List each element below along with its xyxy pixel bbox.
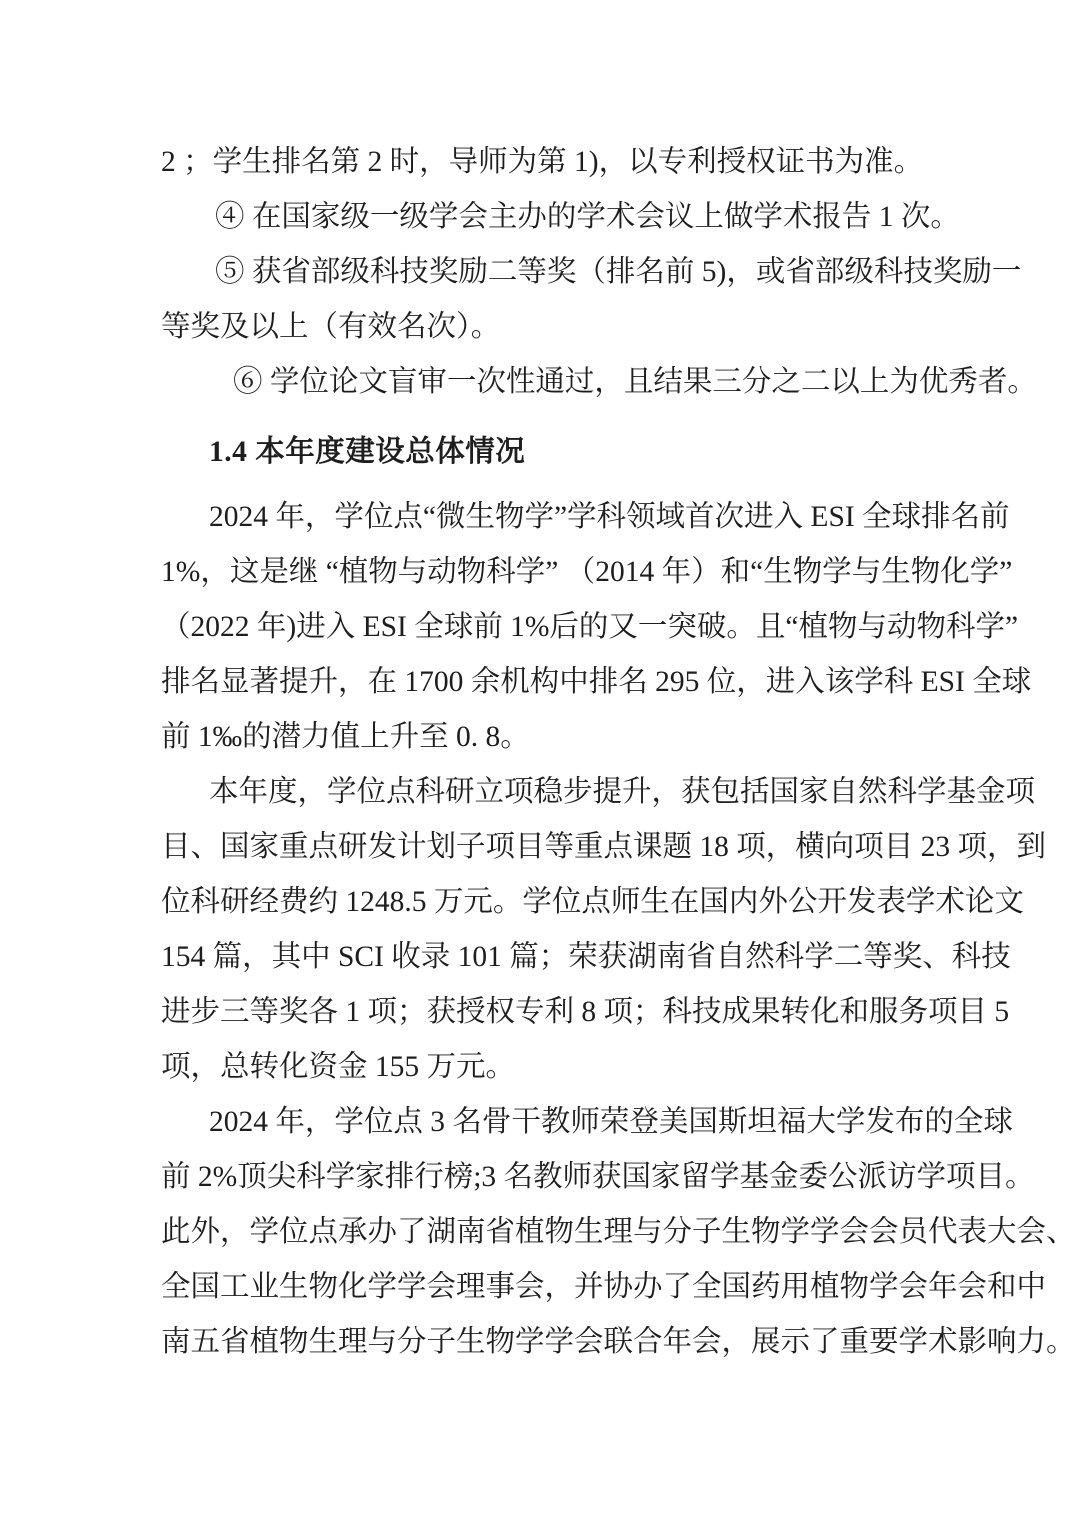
text-line: ⑥ 学位论文盲审一次性通过，且结果三分之二以上为优秀者。 <box>161 355 935 410</box>
text-line: （2022 年)进入 ESI 全球前 1%后的又一突破。且“植物与动物科学” <box>161 600 935 655</box>
section-heading: 1.4 本年度建设总体情况 <box>161 425 935 480</box>
text-line: ④ 在国家级一级学会主办的学术会议上做学术报告 1 次。 <box>161 190 935 245</box>
text-line: 本年度，学位点科研立项稳步提升，获包括国家自然科学基金项 <box>161 765 935 820</box>
text-line: 全国工业生物化学学会理事会，并协办了全国药用植物学会年会和中 <box>161 1260 935 1315</box>
text-line: 南五省植物生理与分子生物学学会联合年会，展示了重要学术影响力。 <box>161 1315 935 1370</box>
text-line: 目、国家重点研发计划子项目等重点课题 18 项，横向项目 23 项，到 <box>161 820 935 875</box>
text-line: 进步三等奖各 1 项；获授权专利 8 项；科技成果转化和服务项目 5 <box>161 985 935 1040</box>
text-line: 项，总转化资金 155 万元。 <box>161 1040 935 1095</box>
text-line: 1%，这是继 “植物与动物科学” （2014 年）和“生物学与生物化学” <box>161 545 935 600</box>
text-line: 前 2%顶尖科学家排行榜;3 名教师获国家留学基金委公派访学项目。 <box>161 1150 935 1205</box>
text-line: 位科研经费约 1248.5 万元。学位点师生在国内外公开发表学术论文 <box>161 875 935 930</box>
text-line: 排名显著提升，在 1700 余机构中排名 295 位，进入该学科 ESI 全球 <box>161 655 935 710</box>
text-line: 154 篇，其中 SCI 收录 101 篇；荣获湖南省自然科学二等奖、科技 <box>161 930 935 985</box>
text-line: 2024 年，学位点 3 名骨干教师荣登美国斯坦福大学发布的全球 <box>161 1095 935 1150</box>
text-line: 2 ；学生排名第 2 时，导师为第 1)，以专利授权证书为准。 <box>161 135 935 190</box>
text-line: ⑤ 获省部级科技奖励二等奖（排名前 5)，或省部级科技奖励一 <box>161 245 935 300</box>
text-line: 2024 年，学位点“微生物学”学科领域首次进入 ESI 全球排名前 <box>161 490 935 545</box>
text-line: 等奖及以上（有效名次）。 <box>161 300 935 355</box>
document-page: 2 ；学生排名第 2 时，导师为第 1)，以专利授权证书为准。④ 在国家级一级学… <box>0 0 1074 1520</box>
text-line: 前 1‰的潜力值上升至 0. 8。 <box>161 710 935 765</box>
text-line: 此外，学位点承办了湖南省植物生理与分子生物学学会会员代表大会、 <box>161 1205 935 1260</box>
document-body: 2 ；学生排名第 2 时，导师为第 1)，以专利授权证书为准。④ 在国家级一级学… <box>161 135 935 1370</box>
